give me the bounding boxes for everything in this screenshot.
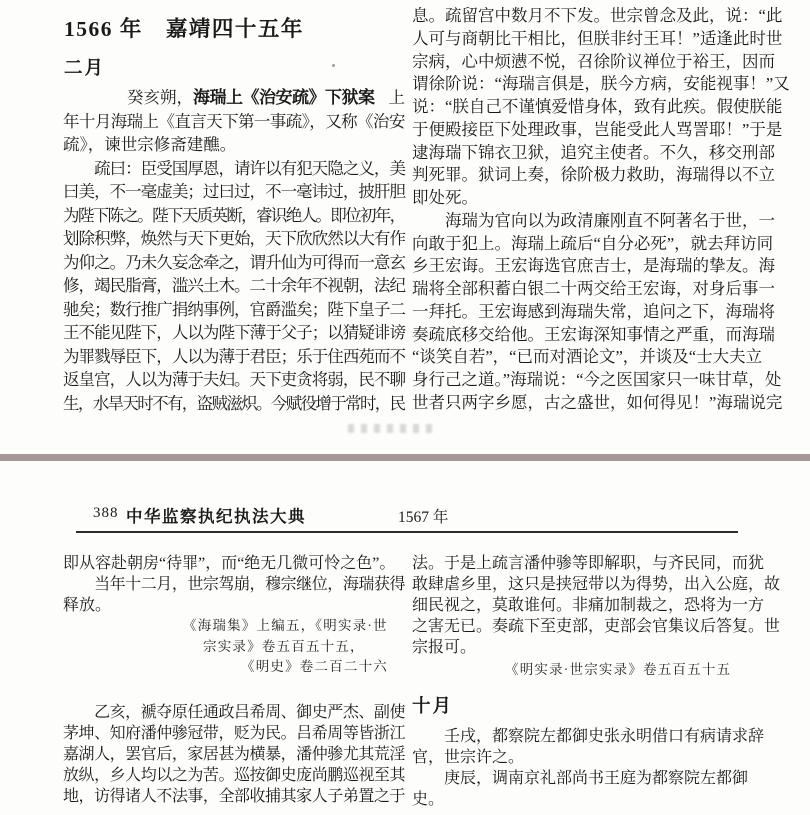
month-heading-october: 十月 (412, 694, 790, 720)
text-line: 年十月海瑞上《直言天下第一事疏》，又称《治安 (63, 110, 405, 134)
text-line: 谓徐阶说：“海瑞言俱是，朕今方病，安能视事！”又 (412, 73, 790, 96)
text-line: 一拜托。王宏诲感到海瑞失常，追问之下，海瑞将 (412, 301, 790, 324)
text-line: 地，访得诸人不法事，全部收捕其家人子弟置之于 (63, 786, 405, 807)
text-line: 宗报可。 (412, 637, 790, 658)
text-line: 逮海瑞下锦衣卫狱，追究主使者。不久，移交刑部 (412, 142, 790, 165)
text-line: 宗病，心中烦懑不悦，召徐阶议禅位于裕王，因而 (412, 51, 790, 74)
bottom-right-text-column: 法。于是上疏言潘仲骖等即解职，与齐民同，而犹敢肆虐乡里，这只是挟冠带以为得势，出… (412, 553, 790, 810)
text-line: 庚辰，调南京礼部尚书王庭为都察院左都御 (412, 768, 790, 789)
year-label: 1567 年 (398, 505, 448, 527)
page-divider-band (0, 454, 810, 461)
text-line: 释放。 (63, 595, 405, 616)
text-line: 敢肆虐乡里，这只是挟冠带以为得势，出入公庭，故 (412, 574, 790, 595)
citation-line: 《海瑞集》上编五，《明实录·世 (63, 616, 405, 637)
scanned-book-spread: { "meta": { "divider_color": "#a69896", … (0, 0, 810, 815)
text-line: 乡王宏诲。王宏诲选官庶吉士，是海瑞的挚友。海 (412, 255, 790, 278)
citation-line: 《明实录·世宗实录》卷五百五十五 (412, 660, 790, 681)
memorial-text-block: 年十月海瑞上《直言天下第一事疏》，又称《治安疏》，谏世宗修斋建醮。 疏曰：臣受国… (63, 110, 405, 416)
text-line: 生，水旱天时不有，盗贼滋炽。今赋役增于常时，民 (63, 392, 405, 416)
narrative-text-block: 息。疏留宫中数月不下发。世宗曾念及此，说：“此人可与商朝比干相比，但朕非纣王耳！… (412, 5, 790, 415)
text-line: 奏疏底移交给他。王宏诲深知事情之严重，而海瑞 (412, 324, 790, 347)
top-left-text-column: 癸亥朔，海瑞上《治安疏》下狱案上 年十月海瑞上《直言天下第一事疏》，又称《治安疏… (63, 86, 405, 415)
text-line: 疏》，谏世宗修斋建醮。 (63, 133, 405, 157)
text-line: 身行己之道。”海瑞说：“今之医国家只一味甘草，处 (412, 369, 790, 392)
text-line: 息。疏留宫中数月不下发。世宗曾念及此，说：“此 (412, 5, 790, 28)
text-line: 划除积弊，焕然与天下更始，天下欣欣然以大有作 (63, 227, 405, 251)
case-entry-line: 癸亥朔，海瑞上《治安疏》下狱案上 (63, 86, 405, 110)
narrative-text-block: 即从容赴朝房“待罪”，而“绝无几微可怜之色”。 当年十二月，世宗驾崩，穆宗继位，… (63, 553, 405, 616)
text-line: 法。于是上疏言潘仲骖等即解职，与齐民同，而犹 (412, 553, 790, 574)
text-line: 人可与商朝比干相比，但朕非纣王耳！”适逢此时世 (412, 28, 790, 51)
text-line: 驰矣；数行推广捐纳事例，官爵滥矣；陛下皇子二 (63, 298, 405, 322)
header-rule (76, 531, 738, 533)
page-number: 388 (93, 505, 119, 522)
text-line: 乙亥，褫夺原任通政吕希周、御史严杰、副使 (63, 702, 405, 723)
text-line: “谈笑自若”，“已而对酒论文”，并谈及“士大夫立 (412, 346, 790, 369)
scan-artifact-dot (332, 64, 335, 67)
citation-block: 《海瑞集》上编五，《明实录·世宗实录》卷五百五十五，《明史》卷二百二十六 (63, 616, 405, 678)
text-line: 判死罪。狱词上奏，徐阶极力救助，海瑞得以不立 (412, 164, 790, 187)
text-line: 茅坤、知府潘仲骖冠带，贬为民。吕希周等皆浙江 (63, 723, 405, 744)
text-line: 即从容赴朝房“待罪”，而“绝无几微可怜之色”。 (63, 553, 405, 574)
top-right-text-column: 息。疏留宫中数月不下发。世宗曾念及此，说：“此人可与商朝比干相比，但朕非纣王耳！… (412, 5, 790, 415)
text-line: 世者只两字乡愿，古之盛世，如何得见！”海瑞说完 (412, 392, 790, 415)
case-date: 癸亥朔， (127, 88, 193, 107)
narrative-text-block: 壬戌，都察院左都御史张永明借口有病请求辞官，世宗许之。 庚辰，调南京礼部尚书王庭… (412, 726, 790, 810)
text-line: 向敢于犯上。海瑞上疏后“自分必死”，就去拜访同 (412, 233, 790, 256)
text-line: 放纵，乡人均以之为苦。巡按御史庞尚鹏巡视至其 (63, 765, 405, 786)
text-line: 史。 (412, 789, 790, 810)
case-continuation: 上 (389, 88, 406, 107)
citation-line: 宗实录》卷五百五十五， (63, 637, 405, 658)
text-line: 即处死。 (412, 187, 790, 210)
text-line: 为仰之。乃未久妄念牵之，谓升仙为可得而一意玄 (63, 251, 405, 275)
text-line: 当年十二月，世宗驾崩，穆宗继位，海瑞获得 (63, 574, 405, 595)
text-line: 说：“朕自己不谨慎爱惜身体，致有此疾。假使朕能 (412, 96, 790, 119)
book-title: 中华监察执纪执法大典 (126, 503, 306, 527)
text-line: 之害无已。奏疏下至吏部，吏部会官集议后答复。世 (412, 616, 790, 637)
paragraph-gap (63, 678, 405, 702)
text-line: 返皇宫，人以为薄于夫妇。天下吏贪将弱，民不聊 (63, 368, 405, 392)
text-line: 为陛下陈之。陛下天质英断，睿识绝人。即位初年， (63, 204, 405, 228)
text-line: 于便殿接臣下处理政事，岂能受此人骂詈耶！”于是 (412, 119, 790, 142)
text-line: 曰美，不一毫虚美；过曰过，不一毫讳过，披肝胆 (63, 180, 405, 204)
narrative-text-block: 乙亥，褫夺原任通政吕希周、御史严杰、副使茅坤、知府潘仲骖冠带，贬为民。吕希周等皆… (63, 702, 405, 807)
text-line: 细民视之，莫敢谁何。非痛加制裁之，恐将为一方 (412, 595, 790, 616)
text-line: 疏曰：臣受国厚恩，请许以有犯天隐之义，美 (63, 157, 405, 181)
text-line: 瑞将全部积蓄白银二十两交给王宏诲，对身后事一 (412, 278, 790, 301)
month-heading-february: 二月 (64, 54, 105, 80)
citation-line: 《明史》卷二百二十六 (63, 657, 405, 678)
scan-artifact-specks (348, 424, 434, 433)
text-line: 修，竭民脂膏，滥兴土木。二十余年不视朝，法纪 (63, 274, 405, 298)
text-line: 嘉湖人，罢官后，家居甚为横暴，潘仲骖尤其荒淫 (63, 744, 405, 765)
text-line: 王不能见陛下，人以为陛下薄于父子；以猜疑诽谤 (63, 321, 405, 345)
text-line: 官，世宗许之。 (412, 747, 790, 768)
scan-artifact-mark: ’ (293, 17, 297, 29)
narrative-text-block: 法。于是上疏言潘仲骖等即解职，与齐民同，而犹敢肆虐乡里，这只是挟冠带以为得势，出… (412, 553, 790, 658)
text-line: 海瑞为官向以为政清廉刚直不阿著名于世，一 (412, 210, 790, 233)
text-line: 为罪戮辱臣下，人以为薄于君臣；乐于住西苑而不 (63, 345, 405, 369)
text-line: 壬戌，都察院左都御史张永明借口有病请求辞 (412, 726, 790, 747)
page-title: 1566 年 嘉靖四十五年 (64, 12, 304, 43)
case-title: 海瑞上《治安疏》下狱案 (193, 88, 375, 107)
bottom-left-text-column: 即从容赴朝房“待罪”，而“绝无几微可怜之色”。 当年十二月，世宗驾崩，穆宗继位，… (63, 553, 405, 807)
